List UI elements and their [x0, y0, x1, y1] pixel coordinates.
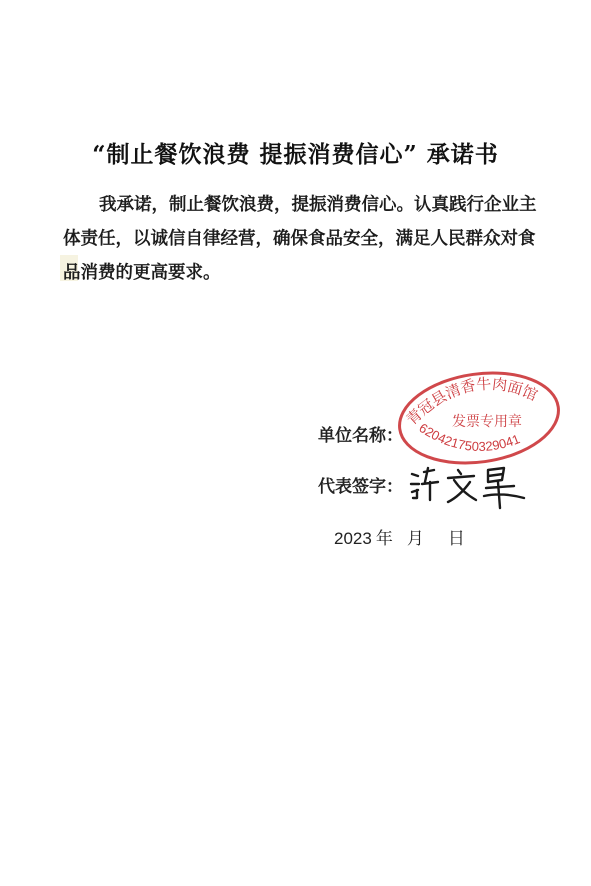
line-1-text: 我承诺，制止餐饮浪费，提振消费信心。认真践行企业主	[99, 195, 537, 215]
signing-date: 2023年月日	[334, 524, 479, 549]
stamp-middle-text: 发票专用章	[452, 413, 522, 430]
commitment-paragraph: 我承诺，制止餐饮浪费，提振消费信心。认真践行企业主 体责任，以诚信自律经营，确保…	[63, 188, 553, 290]
company-seal-stamp: 青冠县清香牛肉面馆 发票专用章 620421750329041	[394, 368, 564, 468]
date-day-label: 日	[448, 529, 465, 548]
representative-signature-label: 代表签字：	[318, 472, 403, 497]
date-month-label: 月	[407, 529, 424, 548]
handwritten-signature	[408, 462, 528, 512]
paragraph-line-1: 我承诺，制止餐饮浪费，提振消费信心。认真践行企业主	[63, 188, 553, 222]
date-year-label: 年	[376, 529, 393, 548]
date-year: 2023	[334, 529, 372, 548]
paragraph-line-2: 体责任，以诚信自律经营，确保食品安全，满足人民群众对食	[63, 222, 553, 256]
unit-name-label: 单位名称：	[318, 421, 403, 446]
document-title: “制止餐饮浪费 提振消费信心” 承诺书	[0, 136, 591, 169]
paragraph-line-3: 品消费的更高要求。	[63, 256, 553, 290]
